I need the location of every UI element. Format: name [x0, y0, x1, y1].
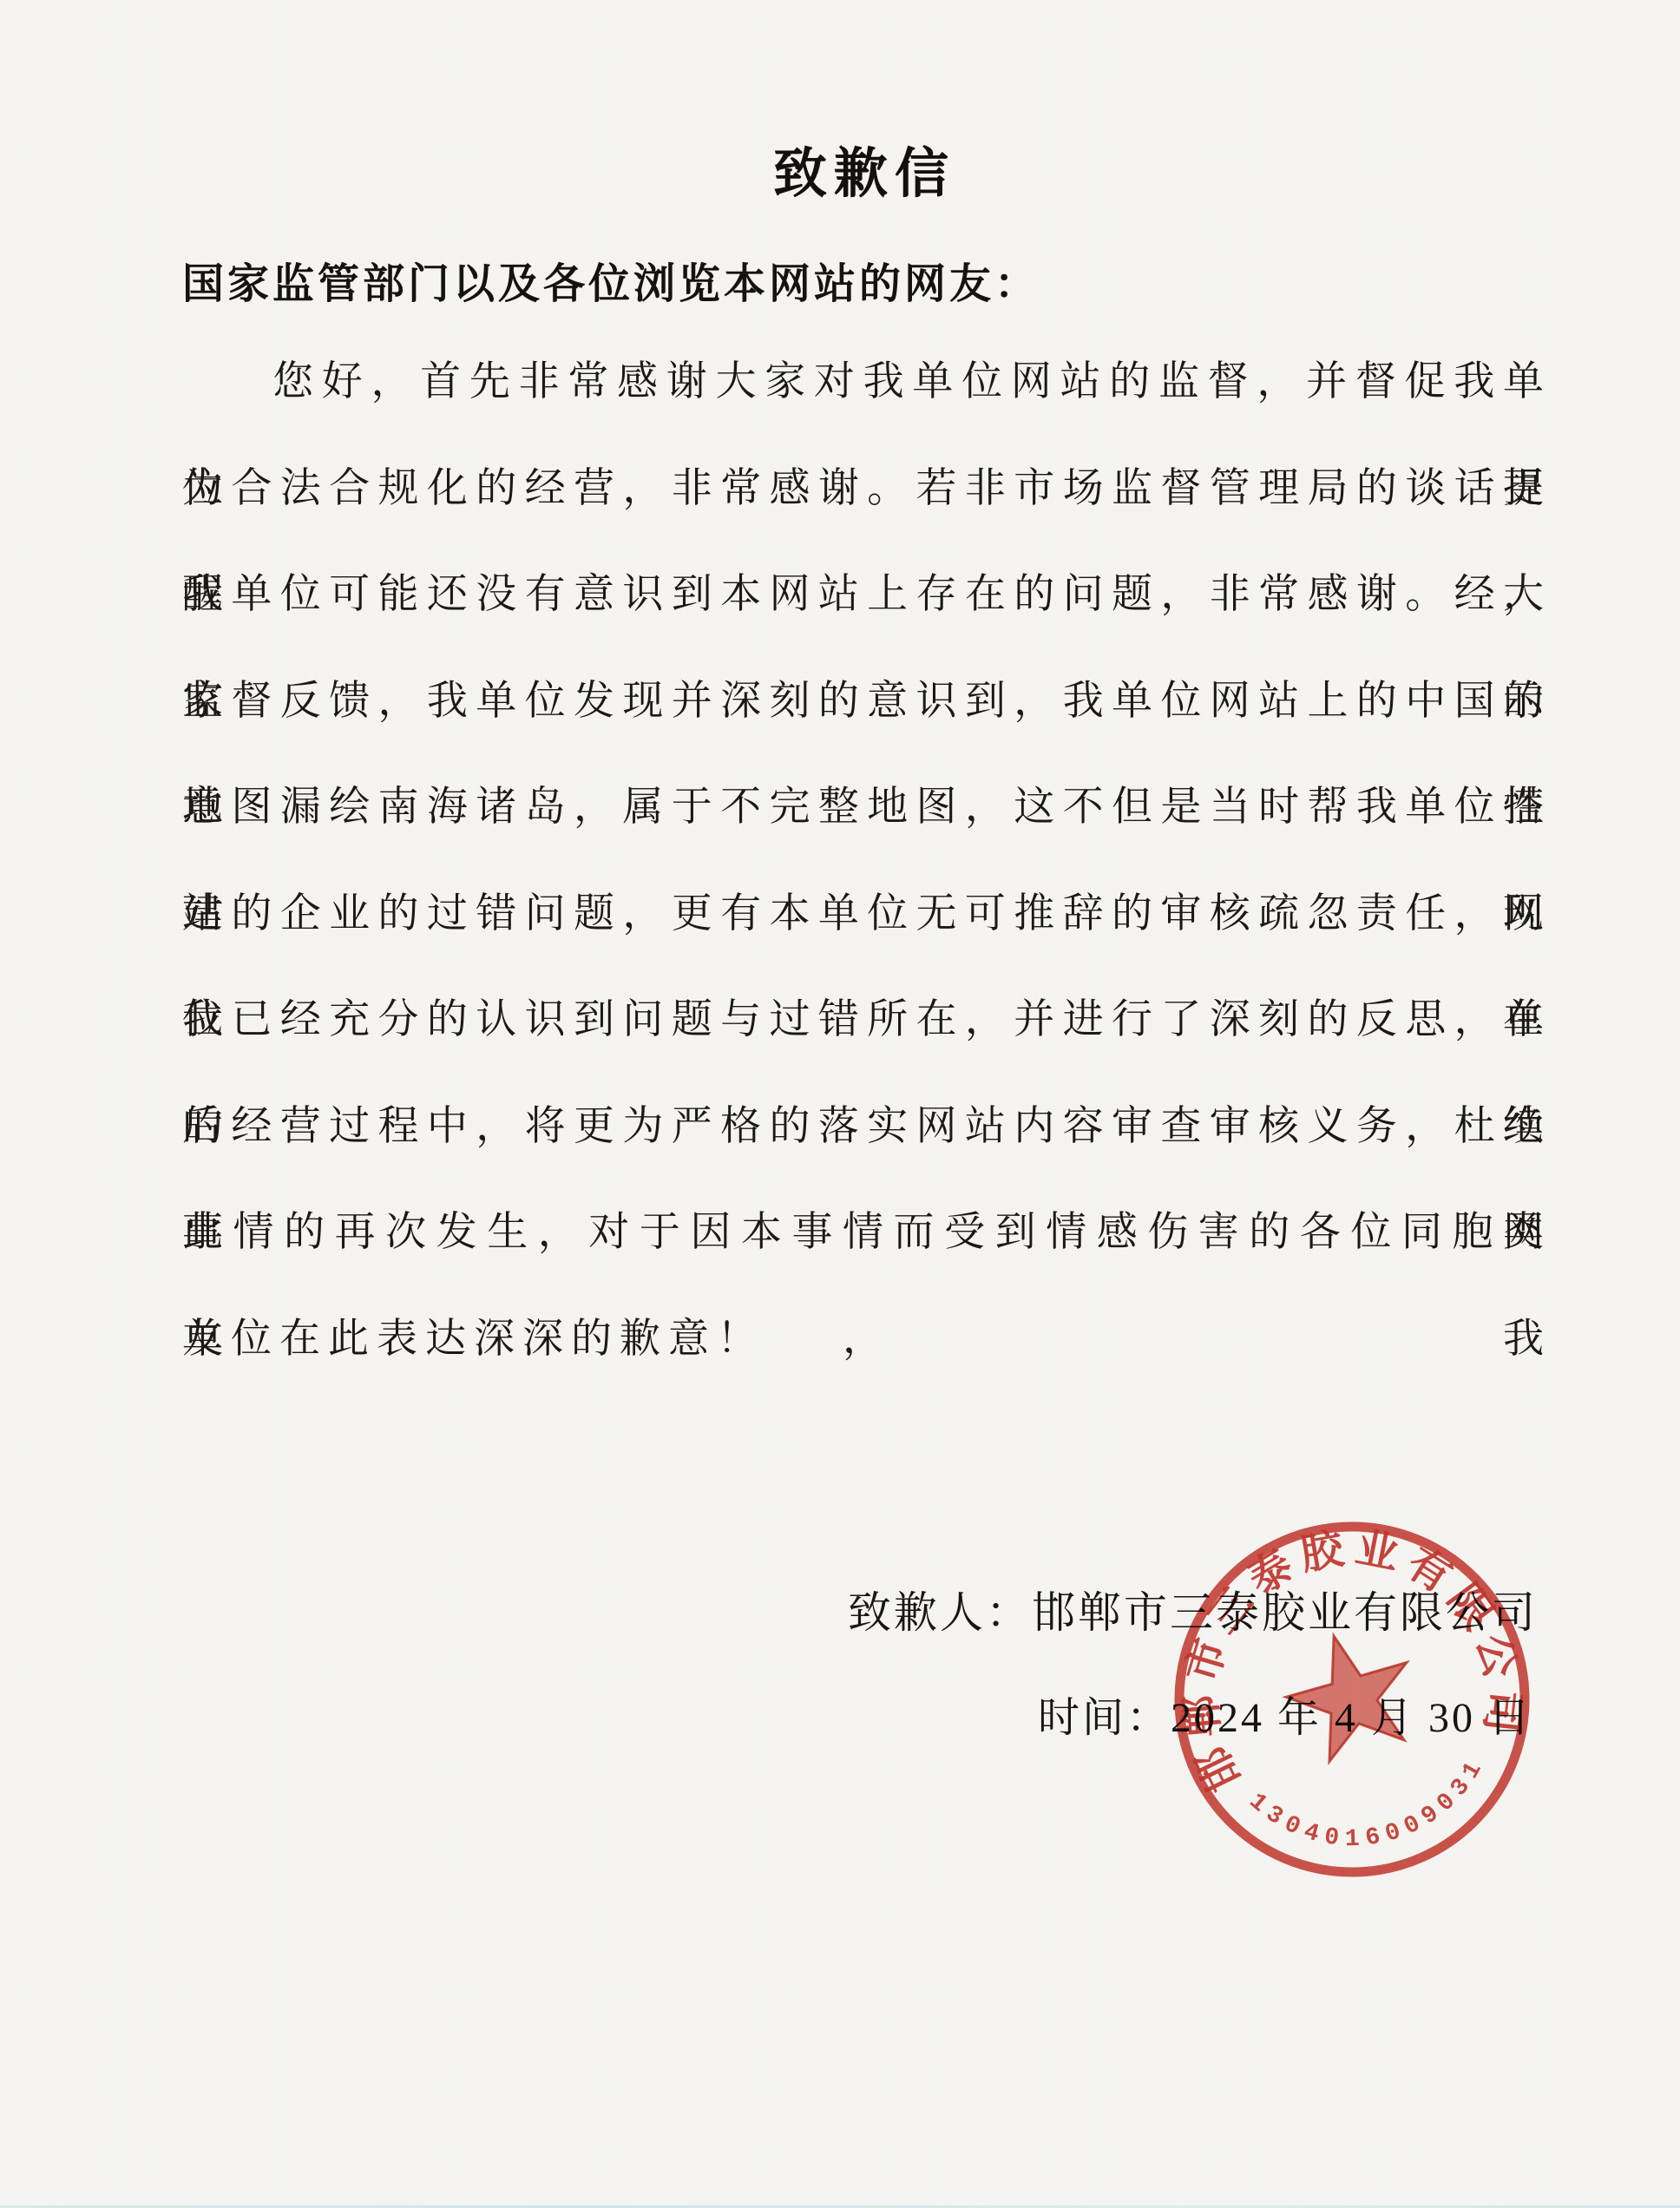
body-line: 地图漏绘南海诸岛，属于不完整地图，这不但是当时帮我单位搭建网: [182, 754, 1552, 861]
seal-star-icon: [1277, 1624, 1421, 1766]
body-line: 监督反馈，我单位发现并深刻的意识到，我单位网站上的中国示意性: [182, 648, 1552, 755]
body-line: 我单位可能还没有意识到本网站上存在的问题，非常感谢。经大家的: [182, 542, 1552, 648]
body-line: 的经营过程中，将更为严格的落实网站内容审查审核义务，杜绝此类: [182, 1074, 1552, 1180]
seal-company-arc-text: 邯郸市三泰胶业有限公司: [1164, 1511, 1538, 1801]
body-line: 站的企业的过错问题，更有本单位无可推辞的审核疏忽责任，现我单: [182, 861, 1552, 968]
body-line: 位已经充分的认识到问题与过错所在，并进行了深刻的反思，在后续: [182, 967, 1552, 1074]
company-seal-stamp: 邯郸市三泰胶业有限公司 1304016009031: [1164, 1511, 1540, 1888]
page-title: 致歉信: [24, 130, 1680, 207]
letter-body: 您好，首先非常感谢大家对我单位网站的监督，并督促我单位更为合法合规化的经营，非常…: [182, 329, 1552, 1392]
apology-letter-page: 致歉信 国家监管部门以及各位浏览本网站的网友： 您好，首先非常感谢大家对我单位网…: [0, 0, 1680, 2208]
body-line: 事情的再次发生，对于因本事情而受到情感伤害的各位同胞网友，我: [182, 1180, 1552, 1286]
body-line: 您好，首先非常感谢大家对我单位网站的监督，并督促我单位更: [182, 329, 1552, 436]
salutation-line: 国家监管部门以及各位浏览本网站的网友：: [182, 250, 1040, 310]
body-line: 为合法合规化的经营，非常感谢。若非市场监督管理局的谈话提醒，: [182, 436, 1552, 542]
